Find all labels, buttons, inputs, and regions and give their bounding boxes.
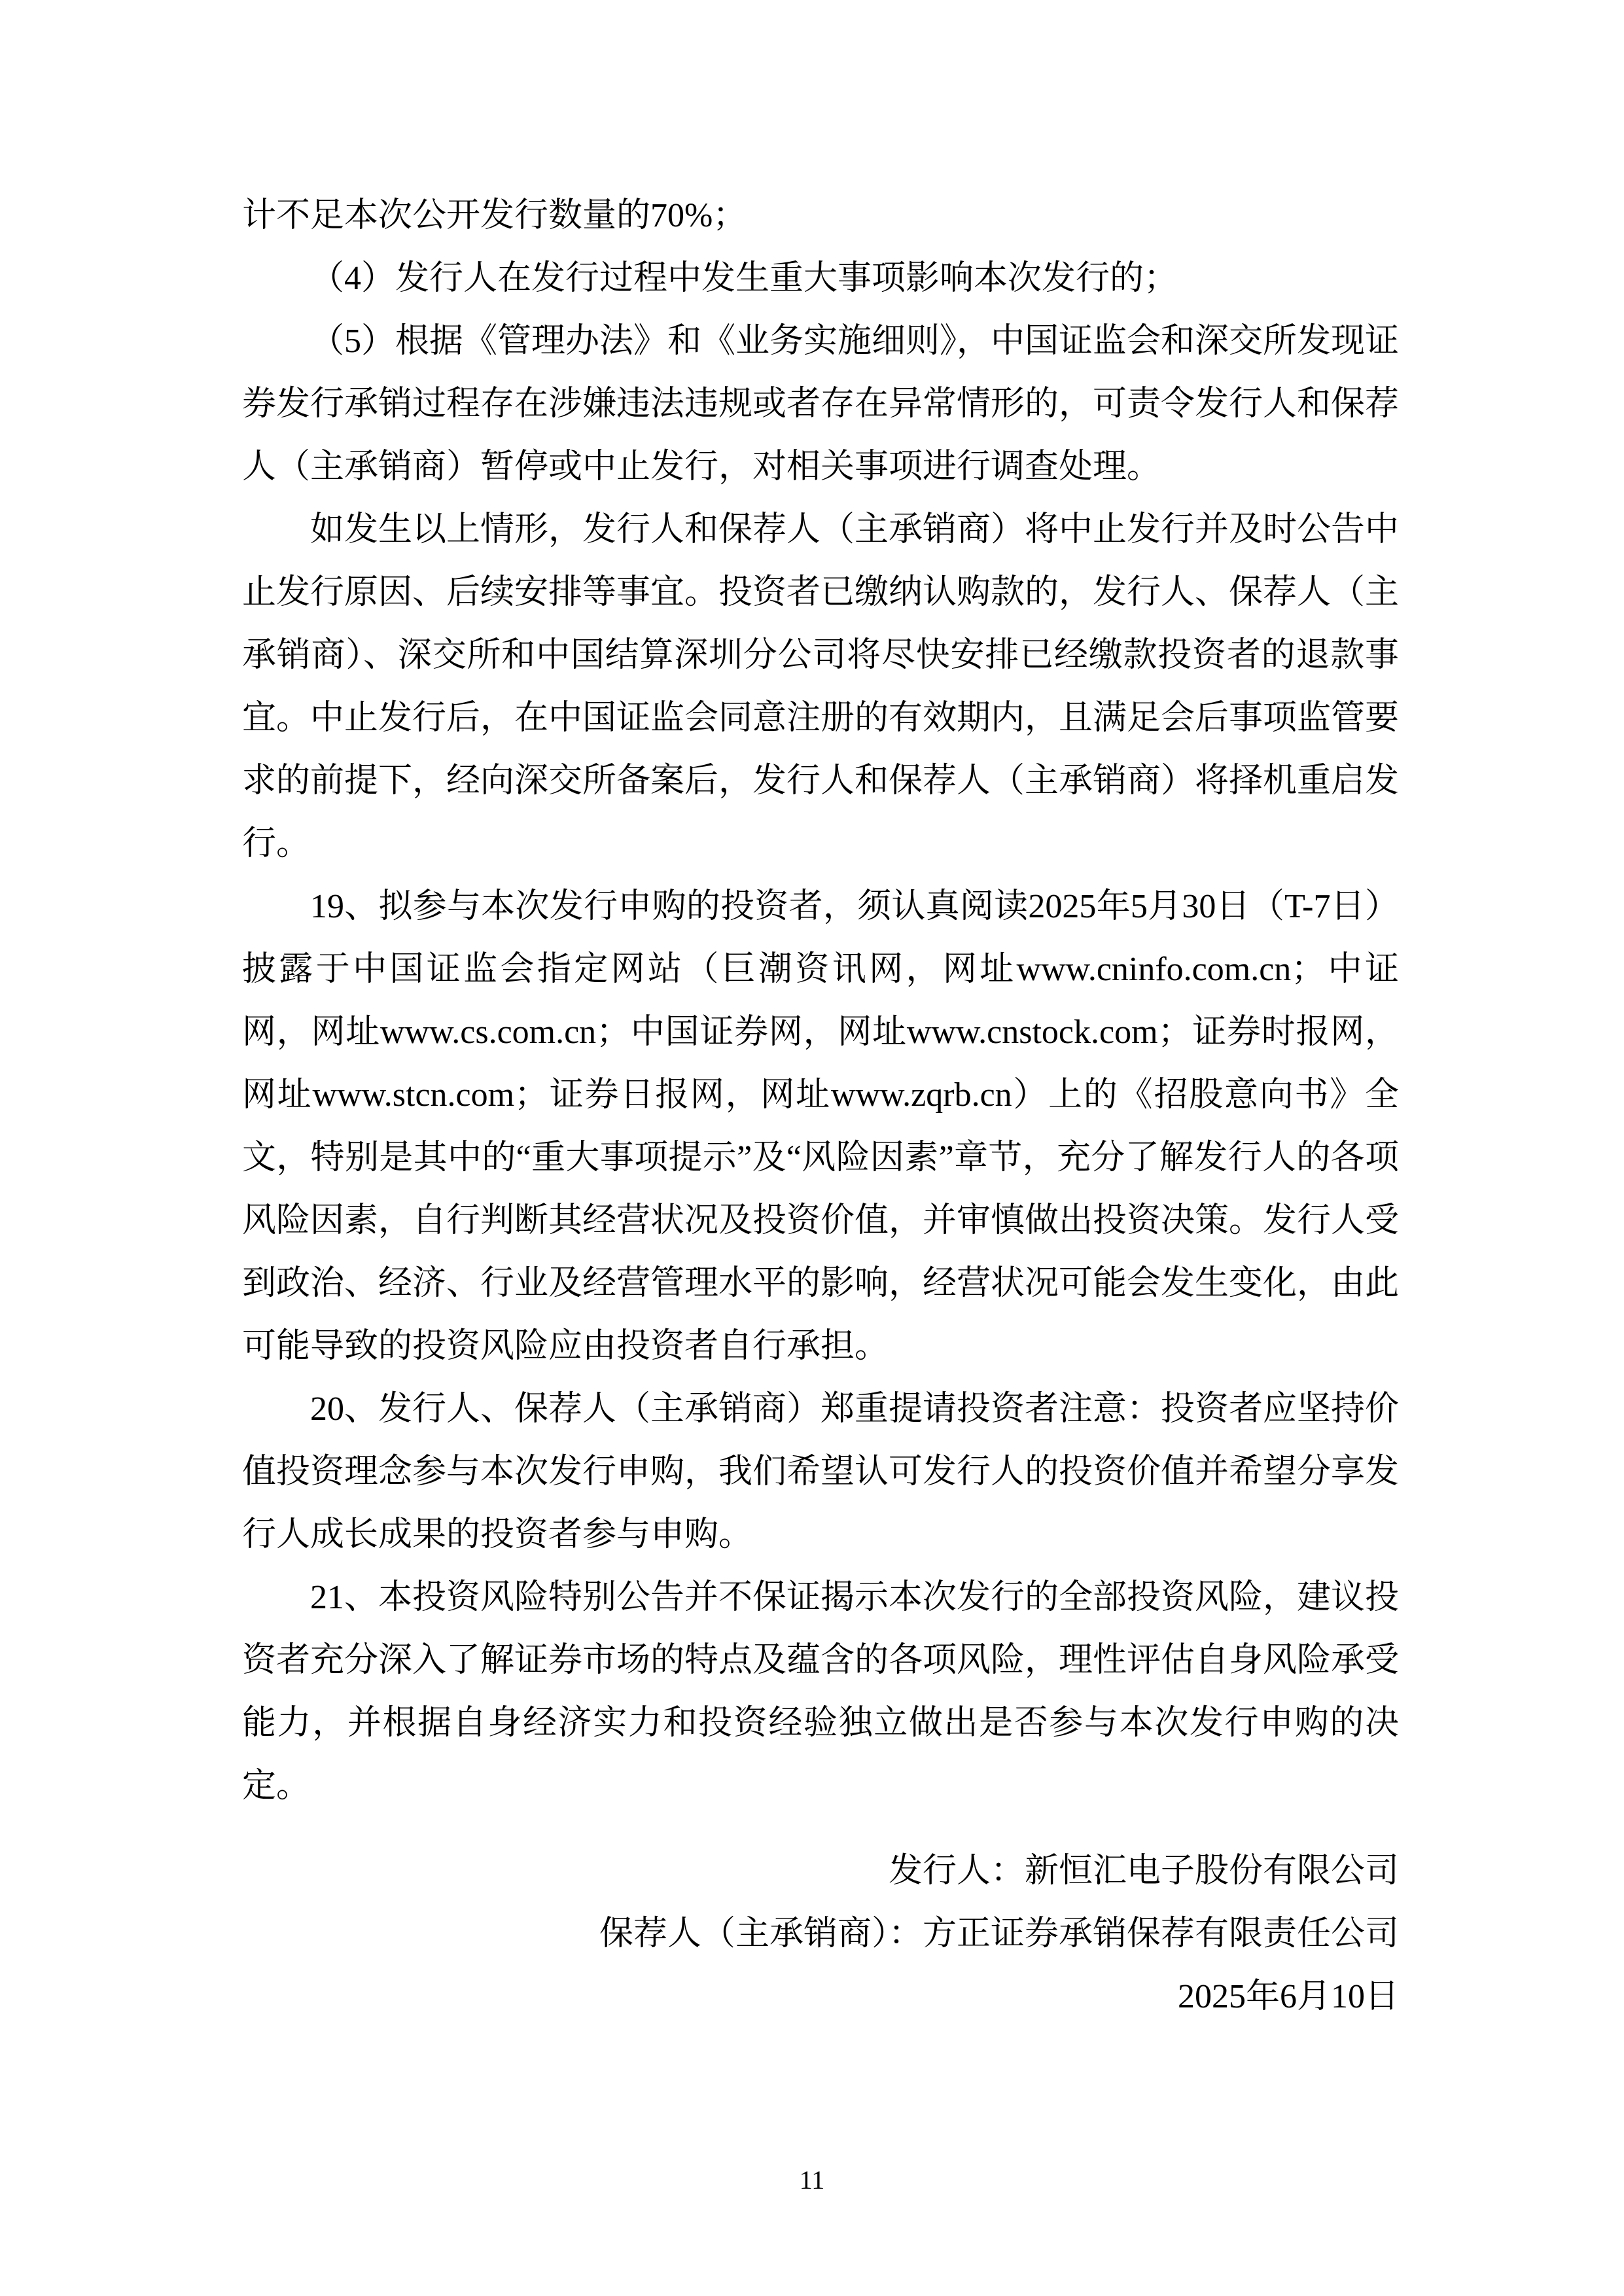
page-number: 11: [0, 2167, 1624, 2193]
paragraph-item-19: 19、拟参与本次发行申购的投资者，须认真阅读2025年5月30日（T-7日）披露…: [242, 875, 1399, 1378]
issuer-signature-line: 发行人：新恒汇电子股份有限公司: [242, 1840, 1399, 1903]
paragraph-item-5: （5）根据《管理办法》和《业务实施细则》，中国证监会和深交所发现证券发行承销过程…: [242, 310, 1399, 499]
paragraph-item-20: 20、发行人、保荐人（主承销商）郑重提请投资者注意：投资者应坚持价值投资理念参与…: [242, 1378, 1399, 1566]
document-body: 计不足本次公开发行数量的70%； （4）发行人在发行过程中发生重大事项影响本次发…: [242, 185, 1399, 2028]
sponsor-signature-line: 保荐人（主承销商）：方正证券承销保荐有限责任公司: [242, 1903, 1399, 1966]
paragraph-item-4: （4）发行人在发行过程中发生重大事项影响本次发行的；: [242, 247, 1399, 310]
paragraph-item-21: 21、本投资风险特别公告并不保证揭示本次发行的全部投资风险，建议投资者充分深入了…: [242, 1566, 1399, 1818]
paragraph-continuation: 计不足本次公开发行数量的70%；: [242, 185, 1399, 247]
signature-block: 发行人：新恒汇电子股份有限公司 保荐人（主承销商）：方正证券承销保荐有限责任公司…: [242, 1840, 1399, 2028]
document-page: 计不足本次公开发行数量的70%； （4）发行人在发行过程中发生重大事项影响本次发…: [0, 0, 1624, 2296]
paragraph-halt-notice: 如发生以上情形，发行人和保荐人（主承销商）将中止发行并及时公告中止发行原因、后续…: [242, 499, 1399, 875]
date-line: 2025年6月10日: [242, 1966, 1399, 2028]
